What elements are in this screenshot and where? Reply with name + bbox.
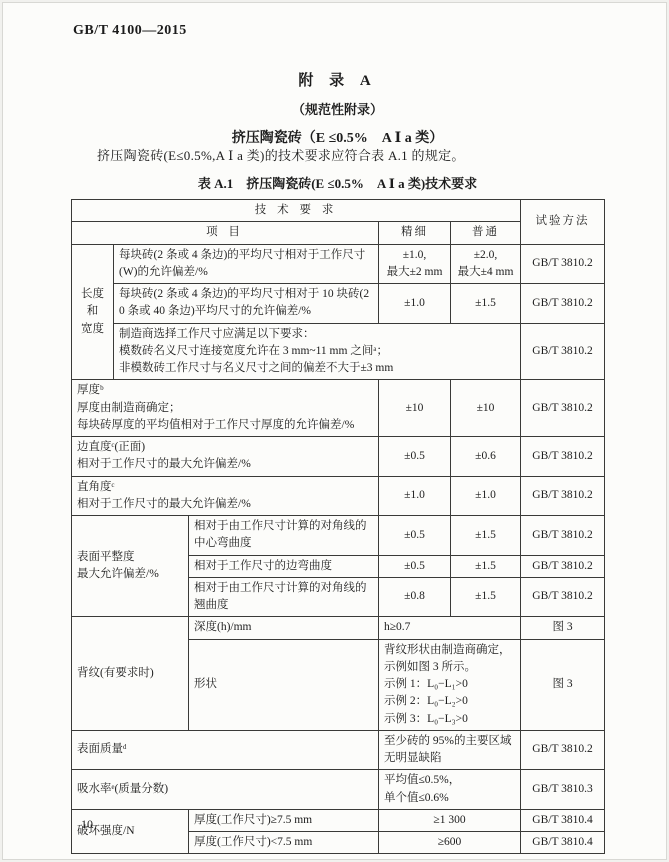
cell-item: 形状 [189,639,379,730]
cell-value: ≥1 300 [379,809,521,831]
intro-paragraph: 挤压陶瓷砖(E≤0.5%,A Ⅰ a 类)的技术要求应符合表 A.1 的规定。 [71,145,604,164]
cell-value: h≥0.7 [379,617,521,639]
cell-method: 图 3 [521,617,605,639]
cell-common: ±2.0, 最大±4 mm [451,244,521,284]
cell-method: 图 3 [521,639,605,730]
cell-fine: ±0.5 [379,555,451,577]
header-common: 普通 [451,222,521,244]
cell-method: GB/T 3810.3 [521,770,605,810]
cell-method: GB/T 3810.2 [521,516,605,556]
cell-value: 至少砖的 95%的主要区域无明显缺陷 [379,730,521,770]
cell-common: ±1.5 [451,284,521,324]
cell-fine: ±0.5 [379,516,451,556]
header-fine: 精细 [379,222,451,244]
cell-fine: ±1.0 [379,476,451,516]
cell-value: 平均值≤0.5%， 单个值≤0.6% [379,770,521,810]
appendix-subtitle: （规范性附录） [71,99,604,118]
cell-item: 边直度ᶜ(正面) 相对于工作尺寸的最大允许偏差/% [72,437,379,477]
cell-item: 每块砖(2 条或 4 条边)的平均尺寸相对于工作尺寸(W)的允许偏差/% [114,244,379,284]
cell-fine: ±1.0, 最大±2 mm [379,244,451,284]
cell-item: 吸水率ᵉ(质量分数) [72,770,379,810]
cell-common: ±10 [451,380,521,437]
cell-method: GB/T 3810.2 [521,577,605,617]
cell-method: GB/T 3810.2 [521,284,605,324]
table-row: 表面平整度 最大允许偏差/% 相对于由工作尺寸计算的对角线的中心弯曲度 ±0.5… [72,516,605,556]
appendix-title: 附 录 A [71,69,604,90]
group-length-width: 长度 和 宽度 [72,244,114,380]
table-row: 背纹(有要求时) 深度(h)/mm h≥0.7 图 3 [72,617,605,639]
cell-item: 相对于由工作尺寸计算的对角线的翘曲度 [189,577,379,617]
cell-item: 深度(h)/mm [189,617,379,639]
group-surface-flatness: 表面平整度 最大允许偏差/% [72,516,189,617]
table-row: 表面质量ᵈ 至少砖的 95%的主要区域无明显缺陷 GB/T 3810.2 [72,730,605,770]
table-row: 长度 和 宽度 每块砖(2 条或 4 条边)的平均尺寸相对于工作尺寸(W)的允许… [72,244,605,284]
cell-item: 表面质量ᵈ [72,730,379,770]
header-tech-requirements: 技 术 要 求 [72,200,521,222]
cell-item: 相对于工作尺寸的边弯曲度 [189,555,379,577]
standard-number: GB/T 4100—2015 [73,23,187,39]
cell-method: GB/T 3810.2 [521,323,605,380]
table-row: 每块砖(2 条或 4 条边)的平均尺寸相对于 10 块砖(20 条或 40 条边… [72,284,605,324]
header-item: 项 目 [72,222,379,244]
cell-common: ±1.0 [451,476,521,516]
cell-method: GB/T 3810.2 [521,437,605,477]
cell-item: 制造商选择工作尺寸应满足以下要求： 模数砖名义尺寸连接宽度允许在 3 mm~11… [114,323,521,380]
cell-fine: ±10 [379,380,451,437]
appendix-subject: 挤压陶瓷砖（E ≤0.5% A Ⅰ a 类） [71,127,604,147]
cell-item: 厚度(工作尺寸)≥7.5 mm [189,809,379,831]
page-number: 10 [81,817,93,832]
cell-method: GB/T 3810.2 [521,476,605,516]
table-row: 破坏强度/N 厚度(工作尺寸)≥7.5 mm ≥1 300 GB/T 3810.… [72,809,605,831]
cell-method: GB/T 3810.4 [521,832,605,854]
cell-fine: ±0.5 [379,437,451,477]
cell-fine: ±1.0 [379,284,451,324]
table-row: 厚度ᵇ 厚度由制造商确定； 每块砖厚度的平均值相对于工作尺寸厚度的允许偏差/% … [72,380,605,437]
appendix-title-block: 附 录 A （规范性附录） 挤压陶瓷砖（E ≤0.5% A Ⅰ a 类） [71,69,604,147]
cell-fine: ±0.8 [379,577,451,617]
cell-value: 背纹形状由制造商确定， 示例如图 3 所示。 示例 1：L₀−L₁>0 示例 2… [379,639,521,730]
cell-item: 厚度ᵇ 厚度由制造商确定； 每块砖厚度的平均值相对于工作尺寸厚度的允许偏差/% [72,380,379,437]
cell-method: GB/T 3810.2 [521,244,605,284]
cell-common: ±0.6 [451,437,521,477]
cell-common: ±1.5 [451,516,521,556]
table-header-row-1: 技 术 要 求 试验方法 [72,200,605,222]
cell-method: GB/T 3810.2 [521,380,605,437]
header-test-method: 试验方法 [521,200,605,245]
table-caption: 表 A.1 挤压陶瓷砖(E ≤0.5% A Ⅰ a 类)技术要求 [71,173,604,192]
table-row: 制造商选择工作尺寸应满足以下要求： 模数砖名义尺寸连接宽度允许在 3 mm~11… [72,323,605,380]
document-page: GB/T 4100—2015 附 录 A （规范性附录） 挤压陶瓷砖（E ≤0.… [2,2,667,860]
table-row: 边直度ᶜ(正面) 相对于工作尺寸的最大允许偏差/% ±0.5 ±0.6 GB/T… [72,437,605,477]
cell-item: 每块砖(2 条或 4 条边)的平均尺寸相对于 10 块砖(20 条或 40 条边… [114,284,379,324]
cell-method: GB/T 3810.4 [521,809,605,831]
group-back-pattern: 背纹(有要求时) [72,617,189,731]
cell-item: 相对于由工作尺寸计算的对角线的中心弯曲度 [189,516,379,556]
cell-common: ±1.5 [451,577,521,617]
cell-item: 直角度ᶜ 相对于工作尺寸的最大允许偏差/% [72,476,379,516]
cell-method: GB/T 3810.2 [521,555,605,577]
table-row: 直角度ᶜ 相对于工作尺寸的最大允许偏差/% ±1.0 ±1.0 GB/T 381… [72,476,605,516]
cell-common: ±1.5 [451,555,521,577]
cell-item: 厚度(工作尺寸)<7.5 mm [189,832,379,854]
cell-method: GB/T 3810.2 [521,730,605,770]
requirements-table: 技 术 要 求 试验方法 项 目 精细 普通 长度 和 宽度 每块砖(2 条或 … [71,199,605,854]
table-row: 吸水率ᵉ(质量分数) 平均值≤0.5%， 单个值≤0.6% GB/T 3810.… [72,770,605,810]
cell-value: ≥600 [379,832,521,854]
